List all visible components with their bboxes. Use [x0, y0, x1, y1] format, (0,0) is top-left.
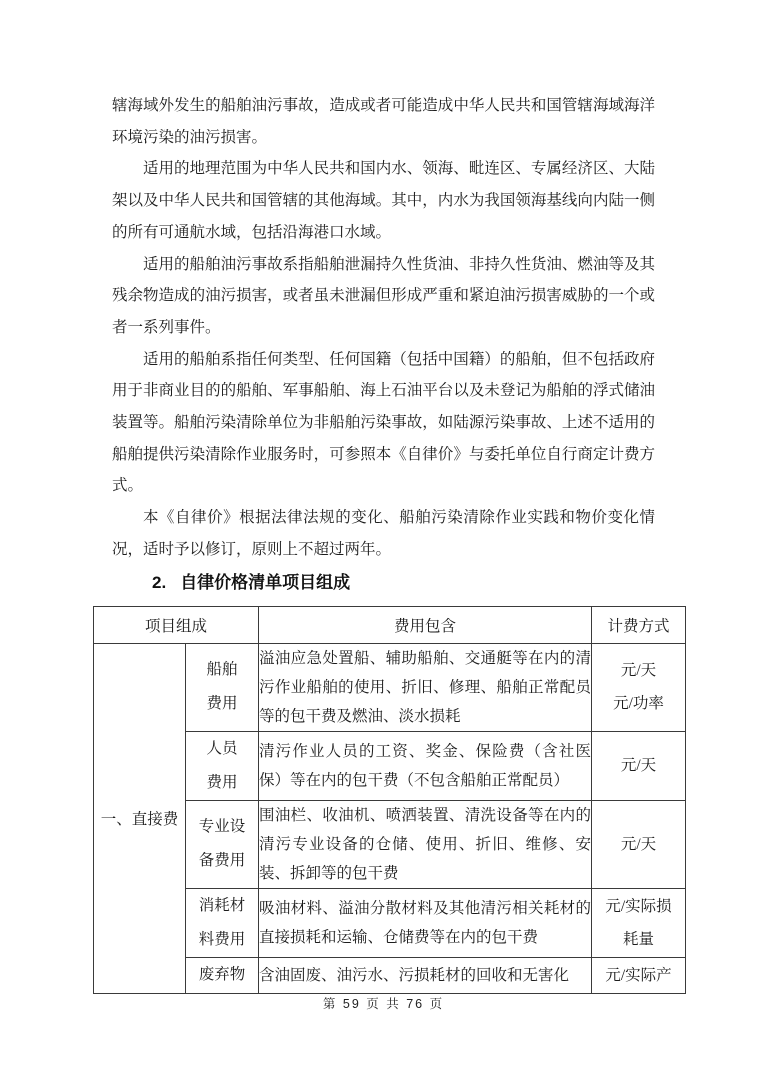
- page-footer: 第 59 页 共 76 页: [0, 994, 767, 1012]
- group-cell-direct-fees: 一、直接费: [94, 643, 186, 993]
- price-list-table: 项目组成 费用包含 计费方式 一、直接费 船舶 费用 溢油应急处置船、辅助船舶、…: [93, 606, 686, 994]
- body-paragraph: 适用的船舶系指任何类型、任何国籍（包括中国籍）的船舶，但不包括政府用于非商业目的…: [112, 344, 655, 503]
- header-cell-billing-method: 计费方式: [592, 606, 686, 643]
- description-cell: 溢油应急处置船、辅助船舶、交通艇等在内的清污作业船舶的使用、折旧、修理、船舶正常…: [259, 643, 592, 731]
- body-paragraph: 辖海域外发生的船舶油污事故，造成或者可能造成中华人民共和国管辖海域海洋环境污染的…: [112, 90, 655, 153]
- section-number: 2.: [152, 573, 166, 592]
- description-cell: 围油栏、收油机、喷洒装置、清洗设备等在内的清污专业设备的仓储、使用、折旧、维修、…: [259, 800, 592, 888]
- category-cell: 人员 费用: [186, 731, 259, 800]
- category-cell: 消耗材 料费用: [186, 888, 259, 957]
- description-cell: 含油固废、油污水、污损耗材的回收和无害化: [259, 957, 592, 993]
- section-heading: 2.自律价格清单项目组成: [152, 570, 767, 596]
- body-text-block: 辖海域外发生的船舶油污事故，造成或者可能造成中华人民共和国管辖海域海洋环境污染的…: [0, 0, 767, 566]
- billing-cell: 元/天 元/功率: [592, 643, 686, 731]
- header-cell-project-composition: 项目组成: [94, 606, 259, 643]
- header-cell-fee-contents: 费用包含: [259, 606, 592, 643]
- body-paragraph: 适用的地理范围为中华人民共和国内水、领海、毗连区、专属经济区、大陆架以及中华人民…: [112, 153, 655, 248]
- document-page: 辖海域外发生的船舶油污事故，造成或者可能造成中华人民共和国管辖海域海洋环境污染的…: [0, 0, 767, 1085]
- page-number-indicator: 第 59 页 共 76 页: [323, 997, 444, 1011]
- body-paragraph: 本《自律价》根据法律法规的变化、船舶污染清除作业实践和物价变化情况，适时予以修订…: [112, 502, 655, 565]
- body-paragraph: 适用的船舶油污事故系指船舶泄漏持久性货油、非持久性货油、燃油等及其残余物造成的油…: [112, 249, 655, 344]
- category-cell: 专业设 备费用: [186, 800, 259, 888]
- table-header-row: 项目组成 费用包含 计费方式: [94, 606, 686, 643]
- category-cell: 废弃物: [186, 957, 259, 993]
- billing-cell: 元/实际产: [592, 957, 686, 993]
- billing-cell: 元/天: [592, 731, 686, 800]
- billing-cell: 元/天: [592, 800, 686, 888]
- category-cell: 船舶 费用: [186, 643, 259, 731]
- description-cell: 吸油材料、溢油分散材料及其他清污相关耗材的直接损耗和运输、仓储费等在内的包干费: [259, 888, 592, 957]
- section-title: 自律价格清单项目组成: [180, 573, 350, 592]
- table-row: 一、直接费 船舶 费用 溢油应急处置船、辅助船舶、交通艇等在内的清污作业船舶的使…: [94, 643, 686, 731]
- description-cell: 清污作业人员的工资、奖金、保险费（含社医保）等在内的包干费（不包含船舶正常配员）: [259, 731, 592, 800]
- billing-cell: 元/实际损 耗量: [592, 888, 686, 957]
